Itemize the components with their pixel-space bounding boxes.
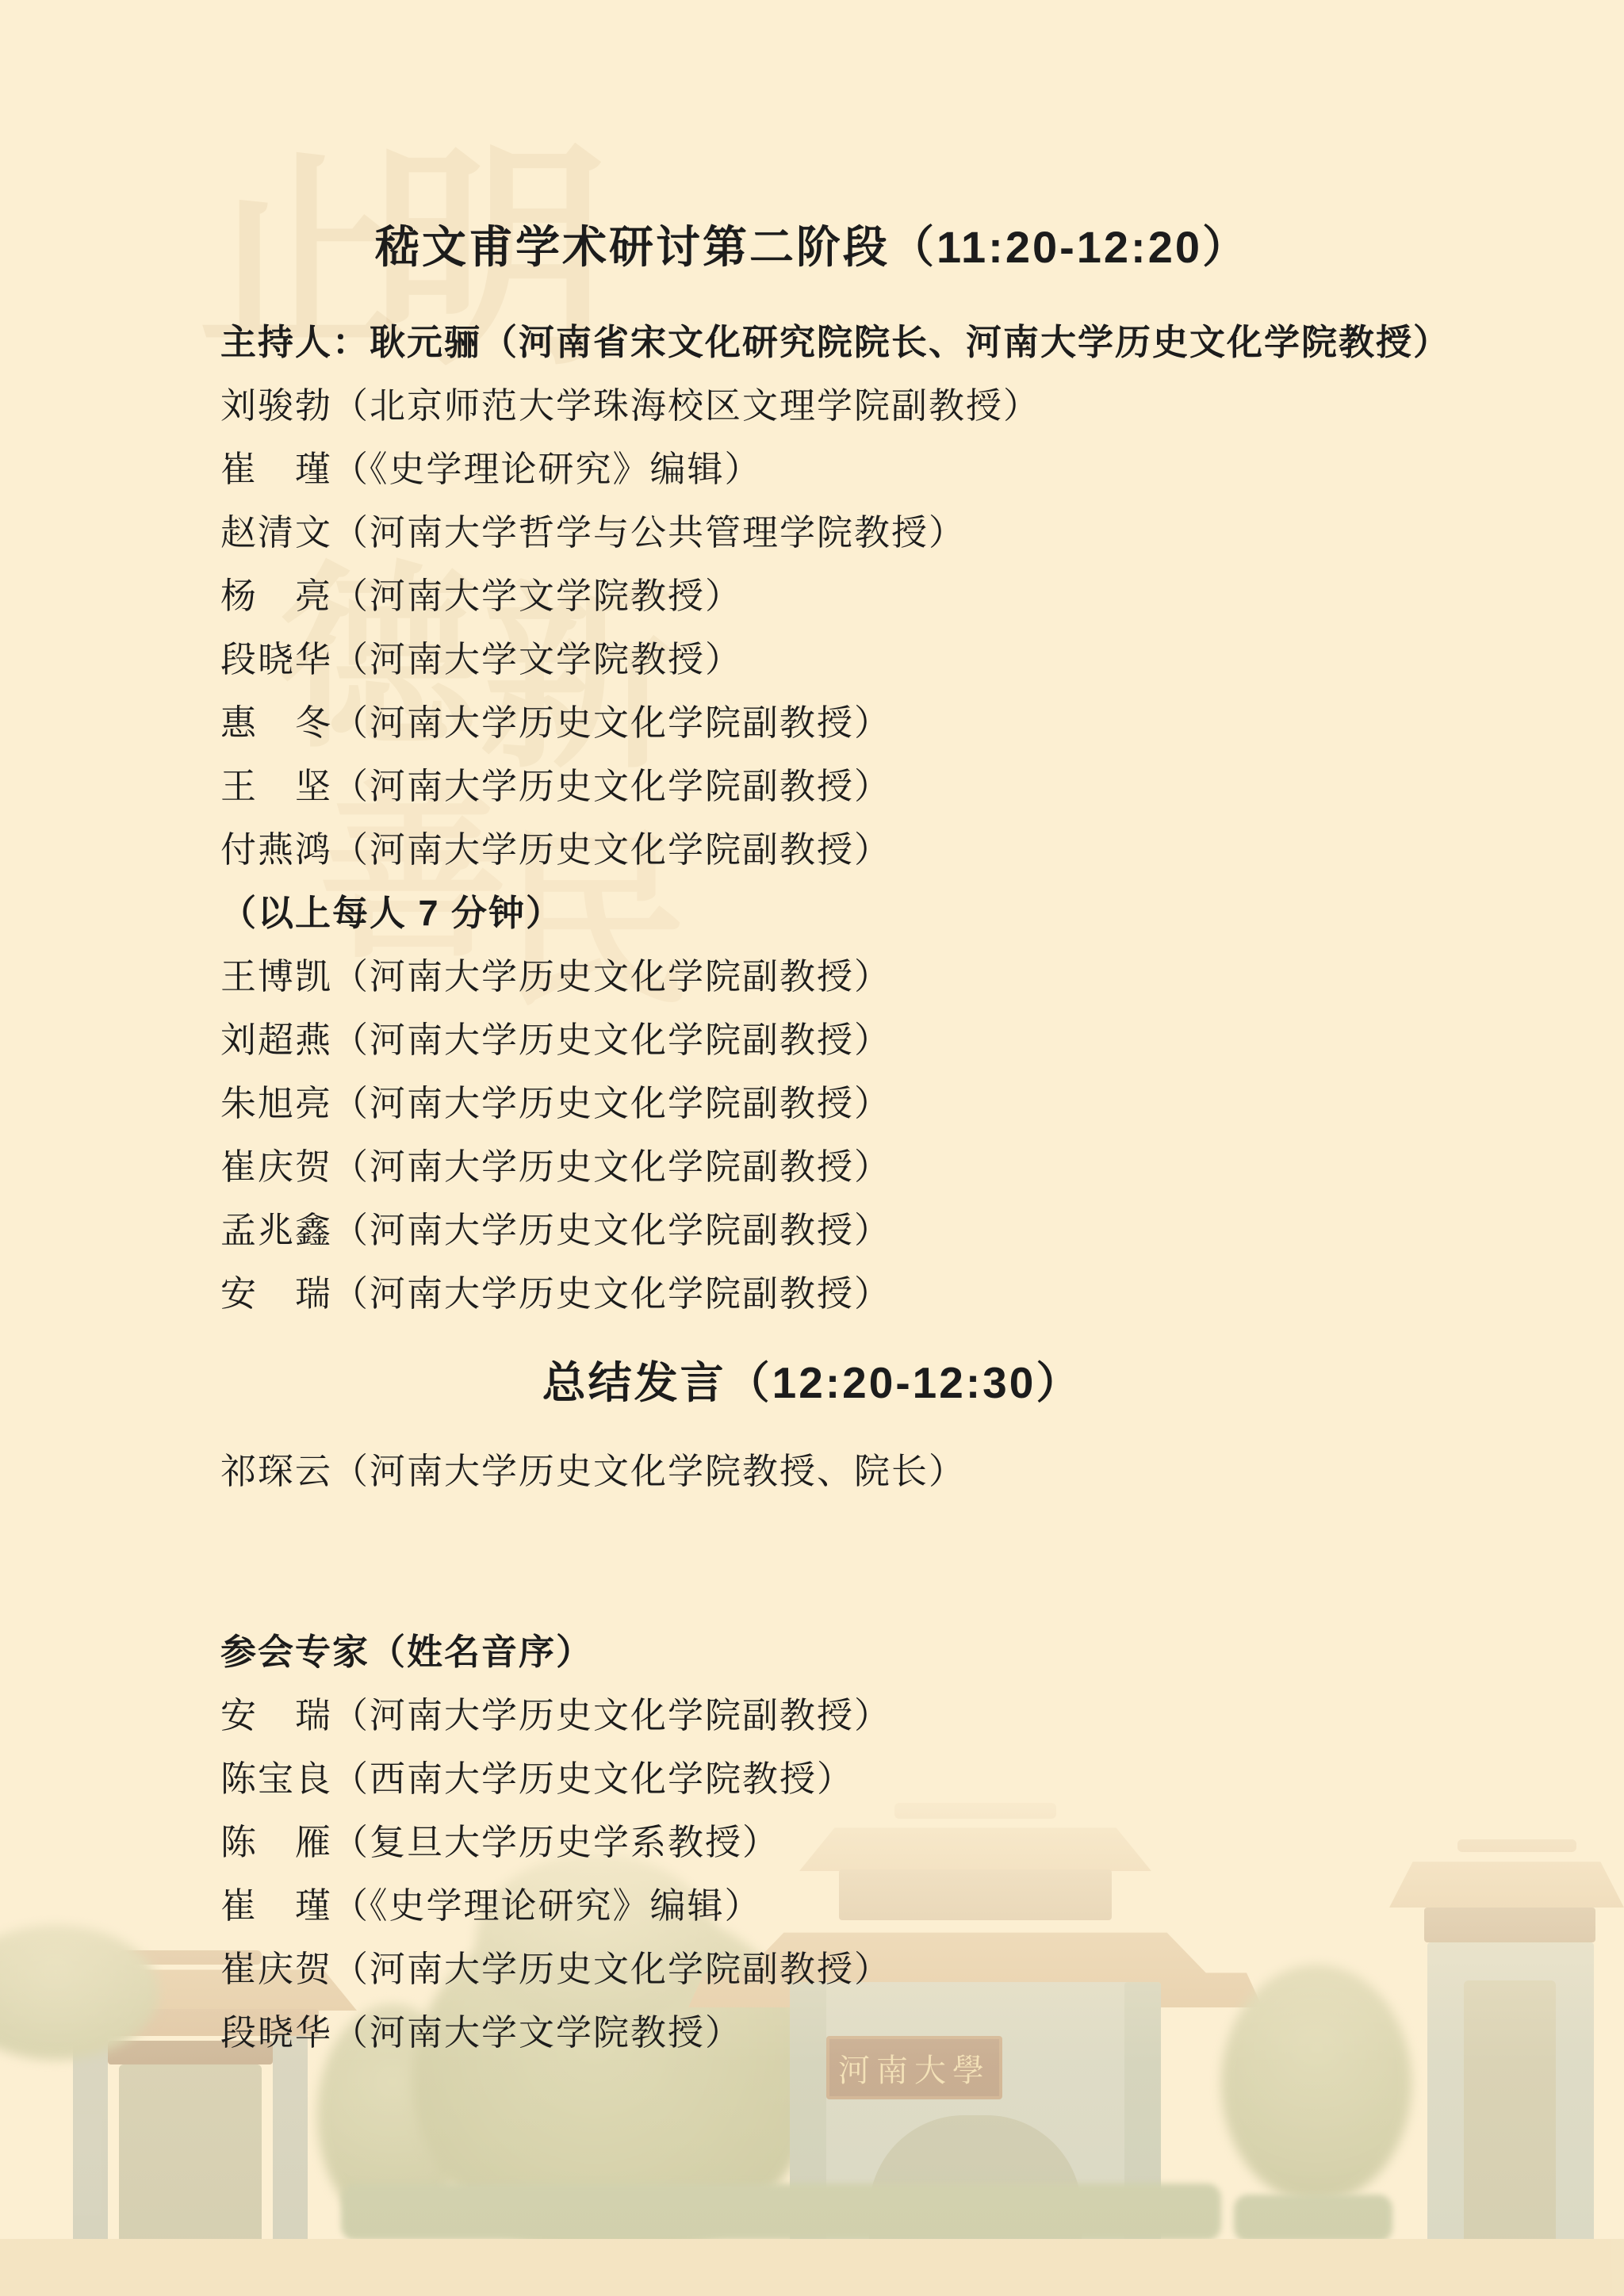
attendee-line: 安 瑞（河南大学历史文化学院副教授） — [0, 1684, 1624, 1747]
speaker-line: 惠 冬（河南大学历史文化学院副教授） — [0, 691, 1624, 755]
speaker-line: 赵清文（河南大学哲学与公共管理学院教授） — [0, 501, 1624, 564]
speaker-line: 王博凯（河南大学历史文化学院副教授） — [0, 945, 1624, 1008]
program-content: 嵇文甫学术研讨第二阶段（11:20-12:20） 主持人：耿元骊（河南省宋文化研… — [0, 0, 1624, 2064]
speaker-line: 刘骏勃（北京师范大学珠海校区文理学院副教授） — [0, 374, 1624, 438]
summary-title: 总结发言（12:20-12:30） — [0, 1346, 1624, 1419]
attendee-line: 段晓华（河南大学文学院教授） — [0, 2001, 1624, 2064]
speaker-line: 刘超燕（河南大学历史文化学院副教授） — [0, 1008, 1624, 1072]
time-note: （以上每人 7 分钟） — [0, 882, 1624, 945]
speaker-line: 杨 亮（河南大学文学院教授） — [0, 564, 1624, 628]
attendee-line: 崔 瑾（《史学理论研究》编辑） — [0, 1874, 1624, 1938]
session-title: 嵇文甫学术研讨第二阶段（11:20-12:20） — [0, 211, 1624, 284]
speaker-line: 王 坚（河南大学历史文化学院副教授） — [0, 755, 1624, 818]
attendee-line: 陈 雁（复旦大学历史学系教授） — [0, 1811, 1624, 1874]
summary-speaker-line: 祁琛云（河南大学历史文化学院教授、院长） — [0, 1440, 1624, 1503]
speaker-line: 崔庆贺（河南大学历史文化学院副教授） — [0, 1135, 1624, 1199]
speaker-line: 付燕鸿（河南大学历史文化学院副教授） — [0, 818, 1624, 882]
speaker-line: 崔 瑾（《史学理论研究》编辑） — [0, 438, 1624, 501]
speaker-line: 安 瑞（河南大学历史文化学院副教授） — [0, 1262, 1624, 1326]
host-line: 主持人：耿元骊（河南省宋文化研究院院长、河南大学历史文化学院教授） — [0, 311, 1624, 374]
speaker-line: 朱旭亮（河南大学历史文化学院副教授） — [0, 1072, 1624, 1135]
attendees-title: 参会专家（姓名音序） — [0, 1621, 1624, 1684]
program-page: { "title": "嵇文甫学术研讨第二阶段（11:20-12:20）", "… — [0, 0, 1624, 2296]
attendee-line: 崔庆贺（河南大学历史文化学院副教授） — [0, 1938, 1624, 2001]
speaker-line: 孟兆鑫（河南大学历史文化学院副教授） — [0, 1199, 1624, 1262]
attendee-line: 陈宝良（西南大学历史文化学院教授） — [0, 1747, 1624, 1811]
speaker-line: 段晓华（河南大学文学院教授） — [0, 628, 1624, 691]
